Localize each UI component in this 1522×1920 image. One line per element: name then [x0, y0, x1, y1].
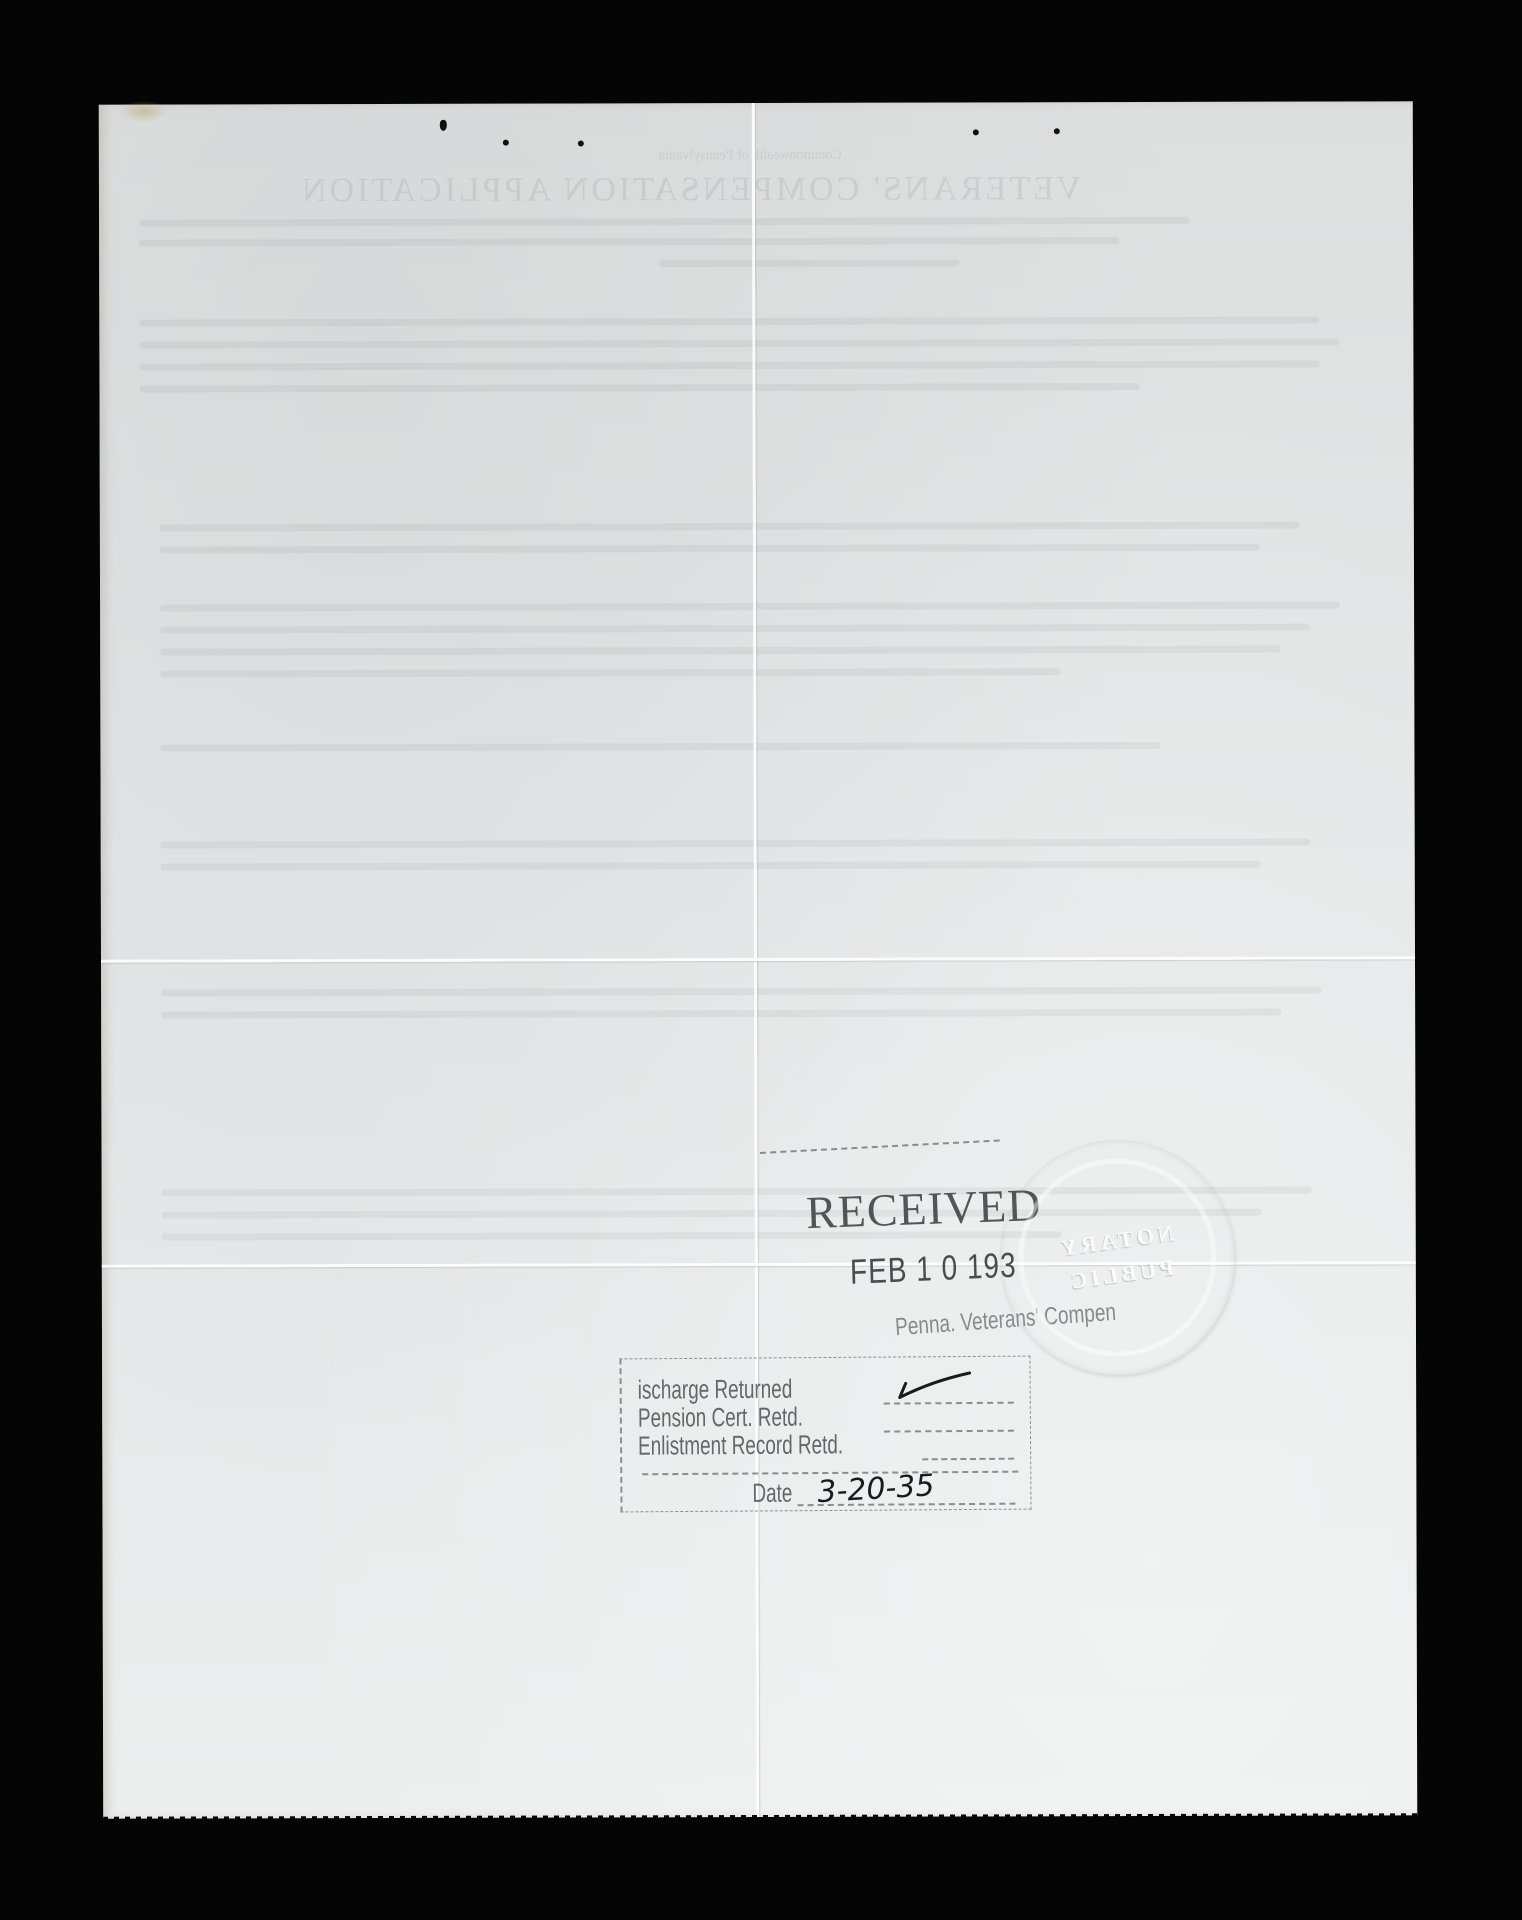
bleed-through-line — [139, 217, 1189, 227]
notary-seal-emboss: NOTARY PUBLIC — [1000, 1140, 1235, 1375]
paper-stain — [119, 101, 169, 123]
punch-hole — [578, 140, 584, 146]
notary-seal-line-2: PUBLIC — [1065, 1254, 1175, 1294]
bleed-through-line — [161, 987, 1321, 997]
return-date-handwritten: 3-20-35 — [816, 1468, 935, 1510]
return-stamp-box: ischarge Returned Pension Cert. Retd. En… — [619, 1356, 1031, 1513]
bleed-through-line — [160, 742, 1160, 752]
return-row-discharge-blank — [884, 1402, 1014, 1405]
bleed-through-line — [139, 317, 1319, 327]
punch-hole — [973, 129, 979, 135]
bleed-through-line — [139, 361, 1319, 371]
bleed-through-header-title: VETERANS' COMPENSATION APPLICATION — [299, 170, 1082, 210]
bleed-through-line — [139, 237, 1119, 247]
bleed-through-line — [160, 522, 1300, 532]
bleed-through-line — [161, 861, 1261, 871]
return-row-enlistment: Enlistment Record Retd. — [638, 1429, 843, 1462]
bleed-through-line — [160, 544, 1260, 554]
checkmark-icon — [892, 1371, 972, 1402]
document-page: Commonwealth of Pennsylvania VETERANS' C… — [99, 101, 1417, 1818]
bleed-through-line — [160, 668, 1060, 677]
return-row-enlistment-blank — [922, 1458, 1014, 1461]
punch-hole — [503, 140, 509, 146]
notary-seal-line-1: NOTARY — [1055, 1220, 1174, 1261]
bleed-through-line — [161, 1009, 1281, 1019]
punch-hole — [1054, 128, 1060, 134]
return-row-pension-blank — [884, 1430, 1014, 1433]
notary-seal-text: NOTARY PUBLIC — [1055, 1216, 1180, 1300]
bleed-through-line — [160, 624, 1310, 634]
bleed-through-line — [160, 601, 1340, 611]
bleed-through-line — [160, 646, 1280, 656]
bleed-through-line — [161, 839, 1311, 849]
punch-hole — [440, 120, 447, 131]
bleed-through-line — [139, 338, 1339, 348]
bleed-through-header-small: Commonwealth of Pennsylvania — [659, 148, 842, 164]
received-stamp-date: FEB 1 0 193 — [849, 1245, 1017, 1292]
bleed-through-line — [139, 383, 1139, 393]
bleed-through-line — [659, 259, 959, 267]
fold-line-horizontal — [101, 956, 1415, 962]
return-date-label: Date — [752, 1478, 792, 1509]
